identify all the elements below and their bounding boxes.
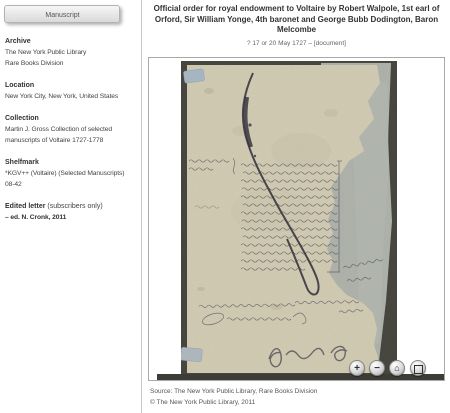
location-section: Location New York City, New York, United… [5, 80, 138, 102]
archive-line: Rare Books Division [5, 58, 138, 69]
edited-letter-link[interactable]: – ed. N. Cronk, 2011 [5, 212, 138, 223]
manuscript-scan[interactable] [181, 61, 397, 377]
source-credit: Source: The New York Public Library, Rar… [150, 387, 317, 397]
copyright-line: © The New York Public Library, 2011 [150, 398, 255, 408]
collection-line: Martin J. Gross Collection of selected [5, 124, 138, 135]
shelfmark-line: 08-42 [5, 179, 138, 190]
page-title: Official order for royal endowment to Vo… [146, 4, 447, 36]
sidebar-divider [141, 0, 142, 413]
zoom-in-button[interactable]: + [349, 360, 365, 376]
collection-line: manuscripts of Voltaire 1727-1778 [5, 135, 138, 146]
shelfmark-section: Shelfmark *KGV++ (Voltaire) (Selected Ma… [5, 157, 138, 190]
location-label: Location [5, 80, 138, 91]
date-subtitle: ? 17 or 20 May 1727 – [document] [146, 40, 447, 47]
zoom-out-button[interactable]: − [369, 360, 385, 376]
home-button[interactable]: ⌂ [389, 360, 405, 376]
edited-letter-label-text: Edited letter [5, 203, 45, 210]
manuscript-image [181, 61, 397, 377]
subscribers-only-note: (subscribers only) [47, 203, 102, 210]
metadata-sections: Archive The New York Public Library Rare… [4, 36, 140, 223]
shelfmark-line: *KGV++ (Voltaire) (Selected Manuscripts) [5, 168, 138, 179]
sidebar: Manuscript Archive The New York Public L… [0, 0, 140, 234]
manuscript-viewer: + − ⌂ [148, 57, 445, 381]
edited-letter-label: Edited letter (subscribers only) [5, 201, 138, 212]
shelfmark-label: Shelfmark [5, 157, 138, 168]
archive-line: The New York Public Library [5, 47, 138, 58]
fullscreen-icon [414, 365, 423, 374]
archive-section: Archive The New York Public Library Rare… [5, 36, 138, 69]
collection-section: Collection Martin J. Gross Collection of… [5, 113, 138, 146]
fullscreen-button[interactable] [410, 360, 426, 376]
manuscript-tab-button[interactable]: Manuscript [4, 5, 120, 23]
collection-label: Collection [5, 113, 138, 124]
location-line: New York City, New York, United States [5, 91, 138, 102]
document-header: Official order for royal endowment to Vo… [146, 4, 447, 47]
archive-label: Archive [5, 36, 138, 47]
edited-letter-section: Edited letter (subscribers only) – ed. N… [5, 201, 138, 223]
